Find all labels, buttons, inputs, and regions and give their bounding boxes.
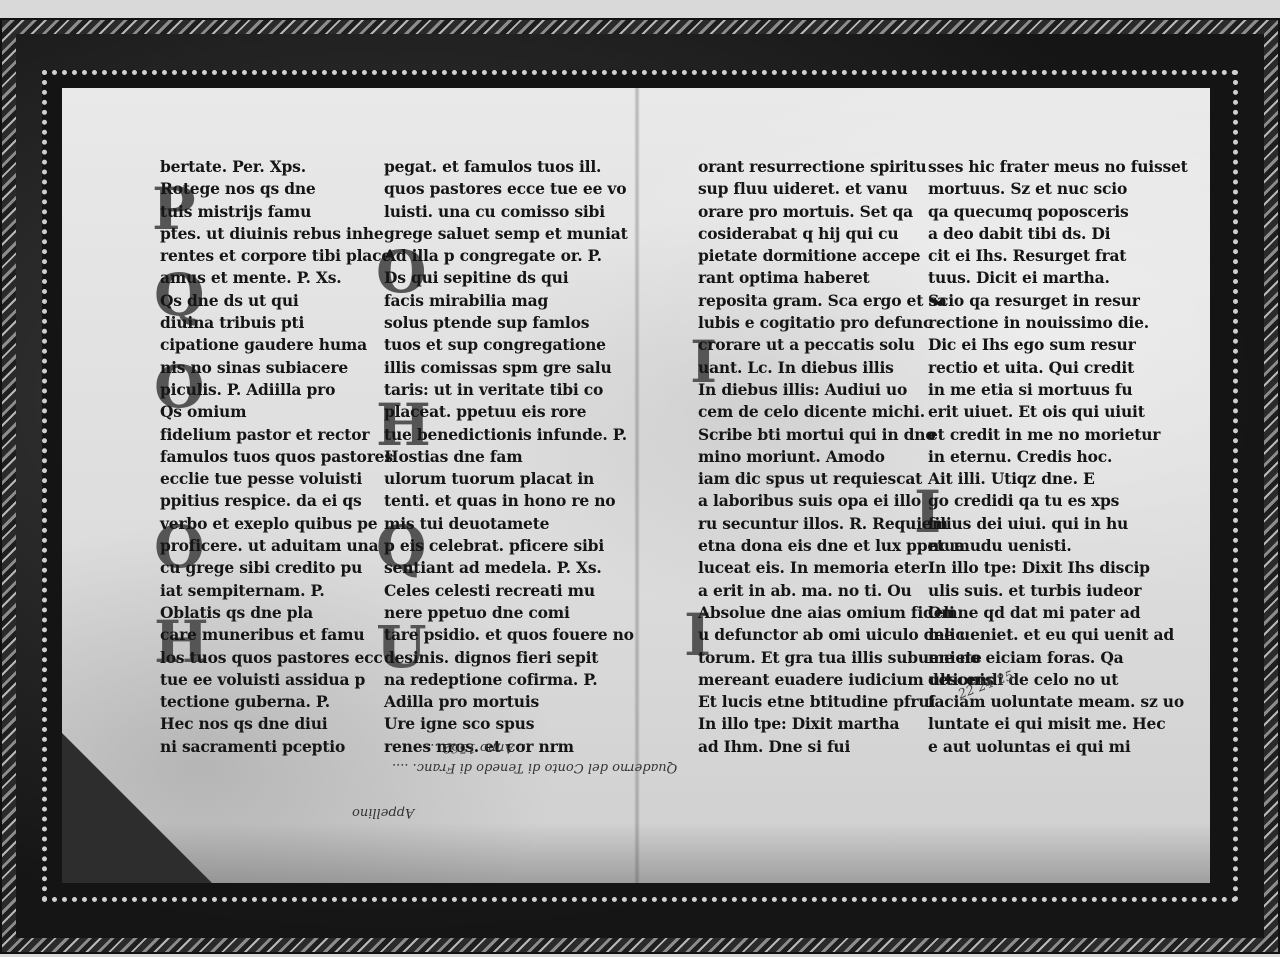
manuscript-text-line: me ueniet. et eu qui uenit ad: [928, 624, 1160, 646]
manuscript-text-line: nc mudu uenisti.: [928, 535, 1160, 557]
manuscript-text-line: facis mirabilia mag: [384, 290, 616, 312]
inscription-signature: Appellino: [352, 805, 414, 820]
manuscript-text-line: reposita gram. Sca ergo et sa: [698, 290, 924, 312]
manuscript-text-line: Et lucis etne btitudine pfrui: [698, 691, 924, 713]
manuscript-text-line: Omne qd dat mi pater ad: [928, 602, 1160, 624]
manuscript-text-line: famulos tuos quos pastores: [160, 446, 386, 468]
stain-shadow: [62, 823, 1210, 883]
manuscript-text-line: Ds qui sepitine ds qui: [384, 267, 616, 289]
manuscript-text-line: mis tui deuotamete: [384, 513, 616, 535]
manuscript-text-line: iam dic spus ut requiescat: [698, 468, 924, 490]
manuscript-text-line: Hec nos qs dne diui: [160, 713, 386, 735]
manuscript-text-line: nis no sinas subiacere: [160, 357, 386, 379]
manuscript-text-line: tectione guberna. P.: [160, 691, 386, 713]
manuscript-text-line: in me etia si mortuus fu: [928, 379, 1160, 401]
manuscript-text-line: et credit in me no morietur: [928, 424, 1160, 446]
manuscript-text-line: Adilla pro mortuis: [384, 691, 616, 713]
manuscript-text-line: u defunctor ab omi uiculo delic: [698, 624, 924, 646]
manuscript-text-line: grege saluet semp et muniat: [384, 223, 616, 245]
manuscript-text-line: ad Ihm. Dne si fui: [698, 736, 924, 758]
manuscript-text-line: Dic ei Ihs ego sum resur: [928, 334, 1160, 356]
manuscript-text-line: torum. Et gra tua illis subueniete: [698, 647, 924, 669]
manuscript-text-line: erit uiuet. Et ois qui uiuit: [928, 401, 1160, 423]
manuscript-text-line: na redeptione cofirma. P.: [384, 669, 616, 691]
manuscript-text-line: sup fluu uideret. et vanu: [698, 178, 924, 200]
manuscript-text-line: cit ei Ihs. Resurget frat: [928, 245, 1160, 267]
manuscript-text-line: Ure igne sco spus: [384, 713, 616, 735]
manuscript-text-line: luceat eis. In memoria eter: [698, 557, 924, 579]
manuscript-text-line: uant. Lc. In diebus illis: [698, 357, 924, 379]
inscription-line-1: Quaderno del Conto di Tenedo di Franc. .…: [392, 760, 677, 775]
manuscript-text-line: mortuus. Sz et nuc scio: [928, 178, 1160, 200]
manuscript-text-line: pegat. et famulos tuos ill.: [384, 156, 616, 178]
manuscript-text-line: me no eiciam foras. Qa: [928, 647, 1160, 669]
manuscript-text-line: mereant euadere iudicium ultionis: [698, 669, 924, 691]
manuscript-text-line: e aut uoluntas ei qui mi: [928, 736, 1160, 758]
manuscript-text-line: Rotege nos qs dne: [160, 178, 386, 200]
manuscript-text-line: rectio et uita. Qui credit: [928, 357, 1160, 379]
text-column-right-1: orant resurrectione spiritusup fluu uide…: [698, 156, 924, 758]
manuscript-text-line: luisti. una cu comisso sibi: [384, 201, 616, 223]
manuscript-text-line: Oblatis qs dne pla: [160, 602, 386, 624]
manuscript-text-line: ppitius respice. da ei qs: [160, 490, 386, 512]
manuscript-text-line: Hostias dne fam: [384, 446, 616, 468]
manuscript-text-line: orant resurrectione spiritu: [698, 156, 924, 178]
manuscript-text-line: placeat. ppetuu eis rore: [384, 401, 616, 423]
manuscript-text-line: go credidi qa tu es xps: [928, 490, 1160, 512]
manuscript-text-line: fidelium pastor et rector: [160, 424, 386, 446]
manuscript-text-line: rentes et corpore tibi place: [160, 245, 386, 267]
manuscript-parchment: P Q O O H O H Q U I I I bertate. Per. Xp…: [62, 88, 1210, 883]
manuscript-text-line: desinis. dignos fieri sepit: [384, 647, 616, 669]
inscription-line-2: .... Anno 1562 ....: [422, 740, 535, 755]
manuscript-text-line: tue ee voluisti assidua p: [160, 669, 386, 691]
manuscript-text-line: ru secuntur illos. R. Requiem: [698, 513, 924, 535]
manuscript-text-line: a erit in ab. ma. no ti. Ou: [698, 580, 924, 602]
manuscript-text-line: In illo tpe: Dixit martha: [698, 713, 924, 735]
manuscript-text-line: cosiderabat q hij qui cu: [698, 223, 924, 245]
manuscript-text-line: ptes. ut diuinis rebus inhe: [160, 223, 386, 245]
manuscript-text-line: Ait illi. Utiqz dne. E: [928, 468, 1160, 490]
manuscript-text-line: pietate dormitione accepe: [698, 245, 924, 267]
manuscript-text-line: Celes celesti recreati mu: [384, 580, 616, 602]
manuscript-text-line: sentiant ad medela. P. Xs.: [384, 557, 616, 579]
manuscript-text-line: a deo dabit tibi ds. Di: [928, 223, 1160, 245]
manuscript-text-line: proficere. ut aduitam una: [160, 535, 386, 557]
manuscript-text-line: filius dei uiui. qui in hu: [928, 513, 1160, 535]
manuscript-text-line: Absolue dne aias omium fideli: [698, 602, 924, 624]
manuscript-text-line: ecclie tue pesse voluisti: [160, 468, 386, 490]
manuscript-text-line: verbo et exeplo quibus pe: [160, 513, 386, 535]
manuscript-text-line: care muneribus et famu: [160, 624, 386, 646]
manuscript-text-line: tenti. et quas in hono re no: [384, 490, 616, 512]
manuscript-text-line: quos pastores ecce tue ee vo: [384, 178, 616, 200]
manuscript-text-line: etna dona eis dne et lux ppetua: [698, 535, 924, 557]
manuscript-text-line: tuis mistrijs famu: [160, 201, 386, 223]
text-column-right-2: sses hic frater meus no fuissetmortuus. …: [928, 156, 1160, 758]
manuscript-text-line: los tuos quos pastores ecc: [160, 647, 386, 669]
manuscript-text-line: mino moriunt. Amodo: [698, 446, 924, 468]
manuscript-text-line: solus ptende sup famlos: [384, 312, 616, 334]
manuscript-text-line: orare pro mortuis. Set qa: [698, 201, 924, 223]
manuscript-text-line: luntate ei qui misit me. Hec: [928, 713, 1160, 735]
manuscript-text-line: amus et mente. P. Xs.: [160, 267, 386, 289]
manuscript-text-line: rectione in nouissimo die.: [928, 312, 1160, 334]
manuscript-text-line: Qs dne ds ut qui: [160, 290, 386, 312]
manuscript-text-line: ulorum tuorum placat in: [384, 468, 616, 490]
manuscript-text-line: Qs omium: [160, 401, 386, 423]
manuscript-text-line: illis comissas spm gre salu: [384, 357, 616, 379]
manuscript-text-line: In diebus illis: Audiui uo: [698, 379, 924, 401]
manuscript-text-line: cipatione gaudere huma: [160, 334, 386, 356]
manuscript-text-line: rant optima haberet: [698, 267, 924, 289]
manuscript-text-line: iat sempiternam. P.: [160, 580, 386, 602]
manuscript-text-line: Scribe bti mortui qui in dno: [698, 424, 924, 446]
manuscript-text-line: sses hic frater meus no fuisset: [928, 156, 1160, 178]
manuscript-text-line: cem de celo dicente michi.: [698, 401, 924, 423]
manuscript-text-line: Ad illa p congregate or. P.: [384, 245, 616, 267]
manuscript-text-line: piculis. P. Adiilla pro: [160, 379, 386, 401]
manuscript-text-line: Scio qa resurget in resur: [928, 290, 1160, 312]
manuscript-text-line: a laboribus suis opa ei illo: [698, 490, 924, 512]
manuscript-text-line: tuos et sup congregatione: [384, 334, 616, 356]
manuscript-text-line: ni sacramenti pceptio: [160, 736, 386, 758]
manuscript-text-line: tue benedictionis infunde. P.: [384, 424, 616, 446]
manuscript-text-line: diuina tribuis pti: [160, 312, 386, 334]
manuscript-text-line: qa quecumq poposceris: [928, 201, 1160, 223]
manuscript-text-line: taris: ut in veritate tibi co: [384, 379, 616, 401]
manuscript-text-line: lubis e cogitatio pro defunc: [698, 312, 924, 334]
manuscript-text-line: In illo tpe: Dixit Ihs discip: [928, 557, 1160, 579]
manuscript-text-line: nere ppetuo dne comi: [384, 602, 616, 624]
manuscript-text-line: crorare ut a peccatis solu: [698, 334, 924, 356]
text-column-left-1: bertate. Per. Xps.Rotege nos qs dnetuis …: [160, 156, 386, 758]
manuscript-text-line: cu grege sibi credito pu: [160, 557, 386, 579]
manuscript-text-line: tuus. Dicit ei martha.: [928, 267, 1160, 289]
manuscript-text-line: in eternu. Credis hoc.: [928, 446, 1160, 468]
manuscript-text-line: tare psidio. et quos fouere no: [384, 624, 616, 646]
manuscript-text-line: ulis suis. et turbis iudeor: [928, 580, 1160, 602]
manuscript-text-line: p eis celebrat. pficere sibi: [384, 535, 616, 557]
text-column-left-2: pegat. et famulos tuos ill.quos pastores…: [384, 156, 616, 758]
manuscript-text-line: bertate. Per. Xps.: [160, 156, 386, 178]
